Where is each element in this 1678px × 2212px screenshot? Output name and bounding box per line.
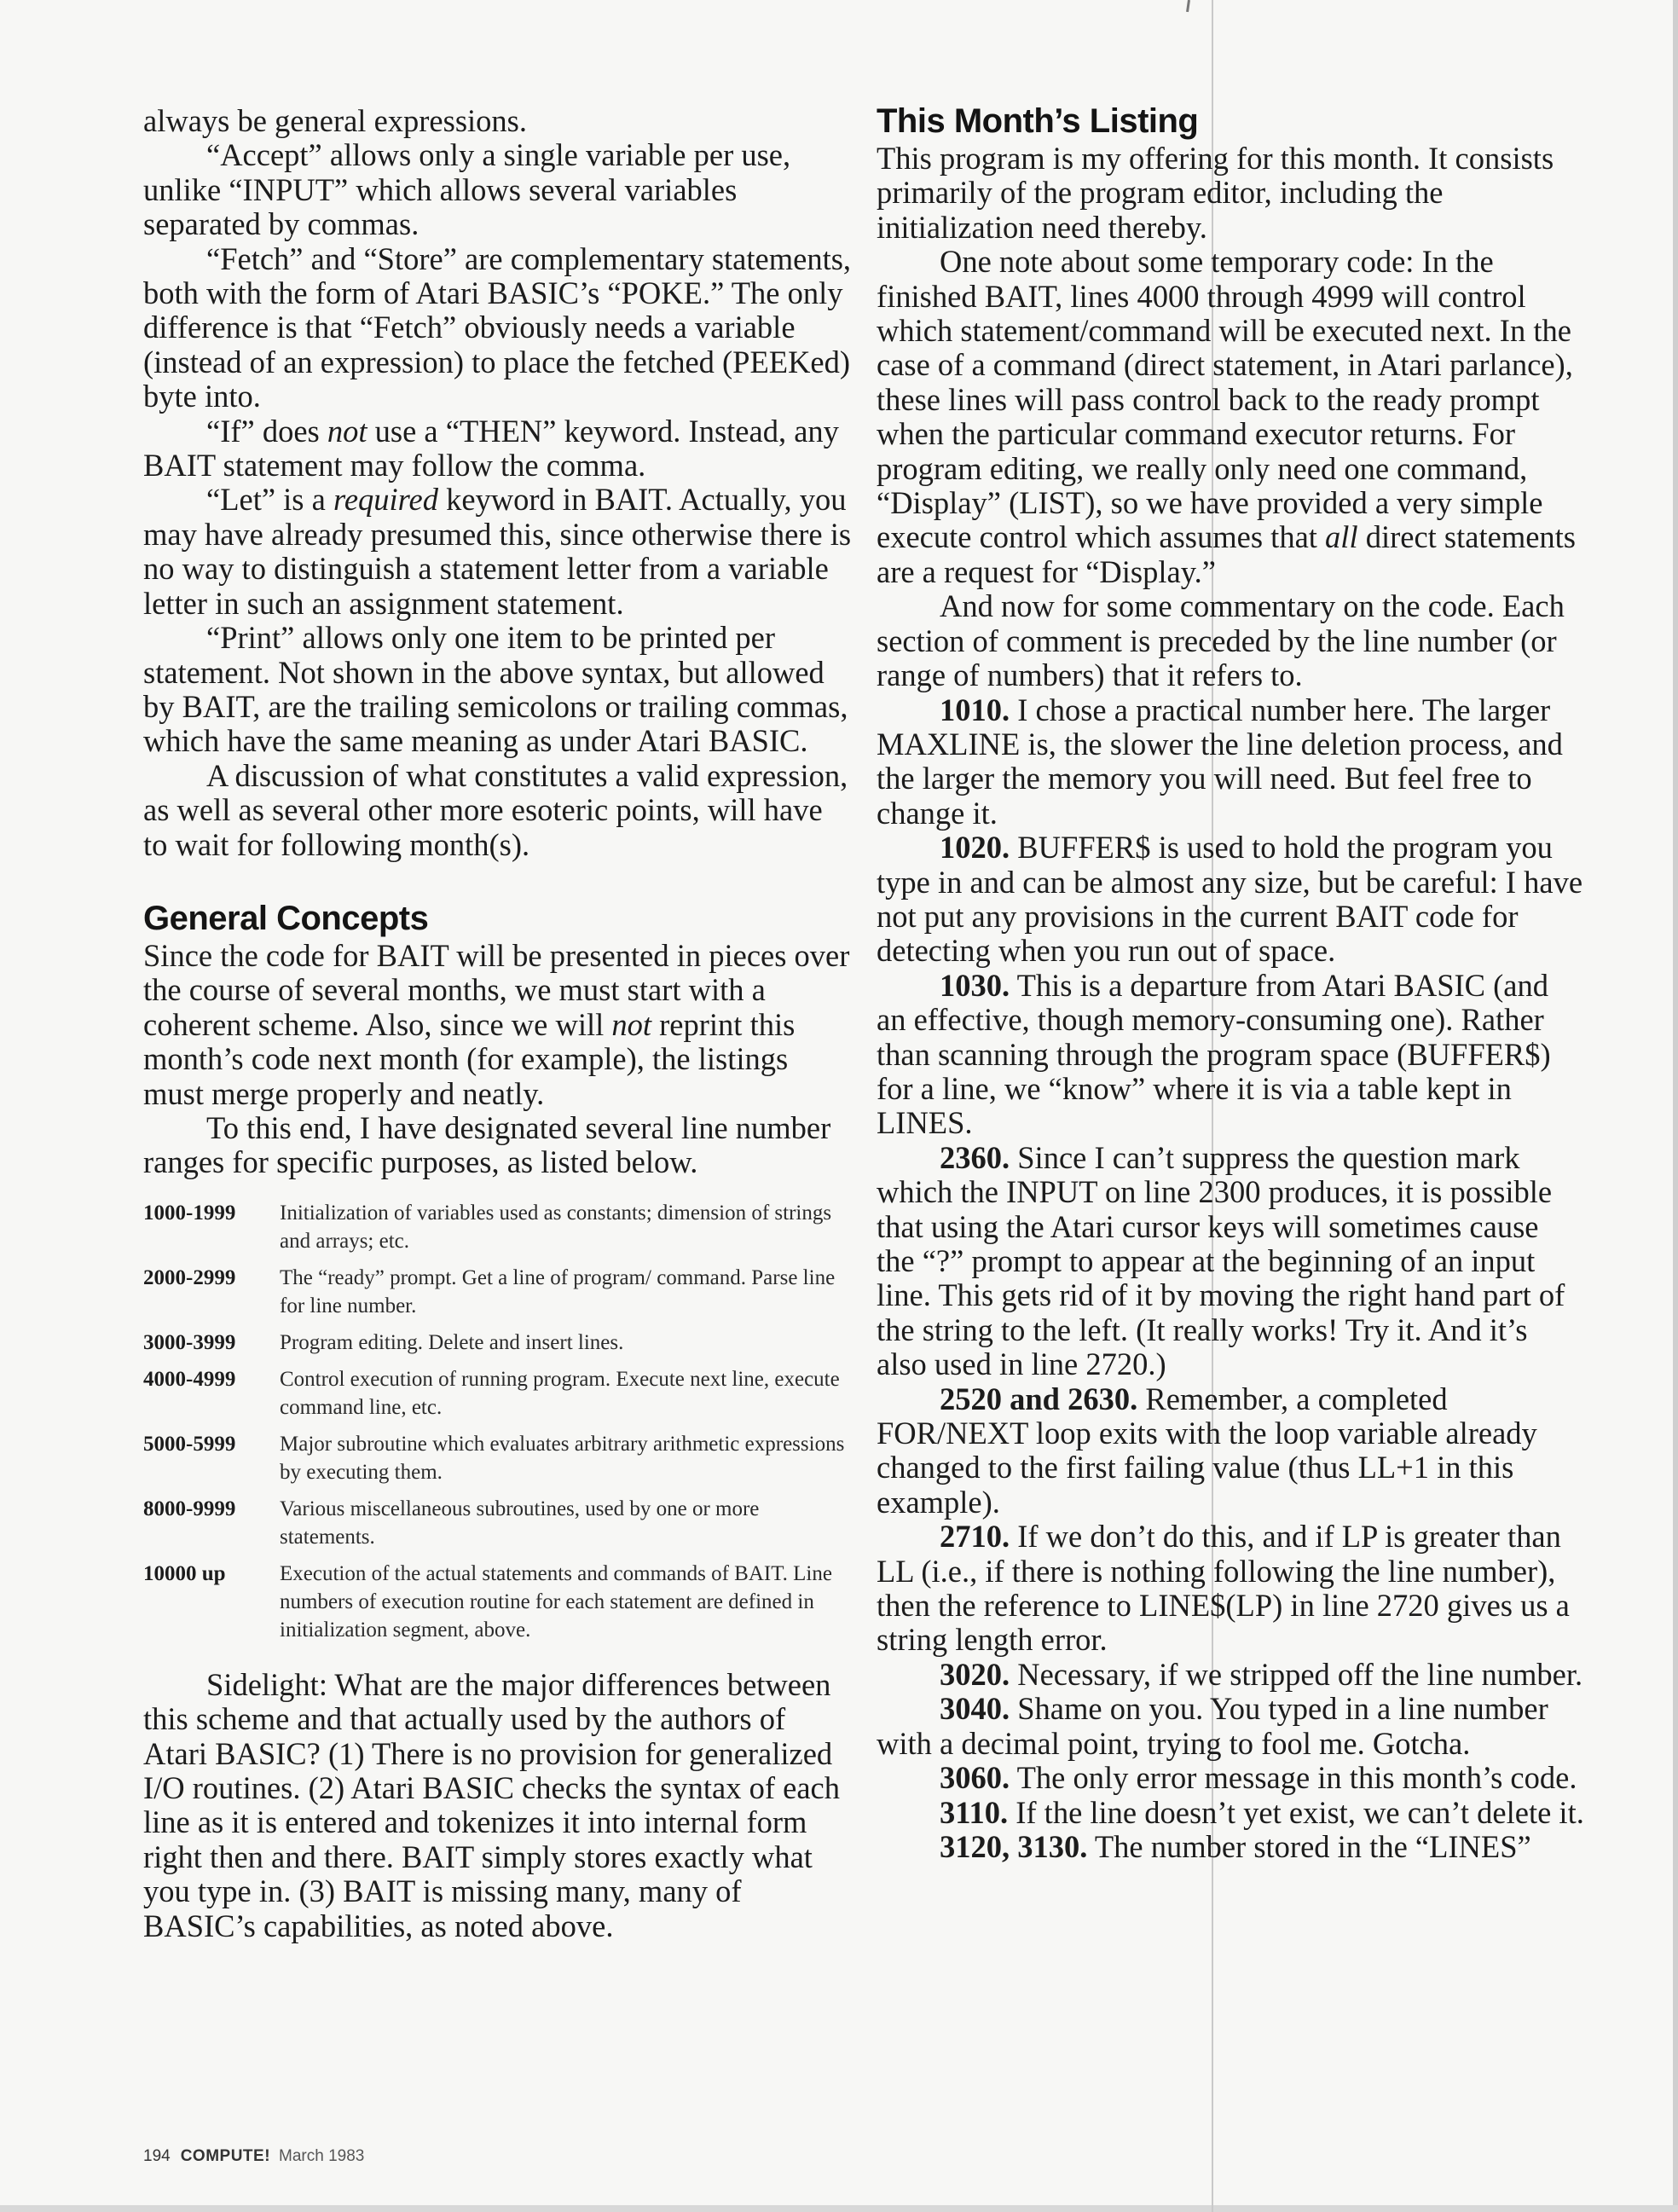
section-heading-this-months-listing: This Month’s Listing xyxy=(877,101,1584,142)
range-description: Initialization of variables used as cons… xyxy=(280,1199,853,1255)
paragraph-if: “If” does not use a “THEN” keyword. Inst… xyxy=(143,414,853,484)
code-note: 3040. Shame on you. You typed in a line … xyxy=(877,1692,1584,1761)
paragraph-general: Since the code for BAIT will be presente… xyxy=(143,939,853,1111)
code-note: 2360. Since I can’t suppress the questio… xyxy=(877,1141,1584,1382)
line-number-ref: 1010. xyxy=(940,692,1010,727)
paragraph: always be general expressions. xyxy=(143,104,853,138)
range-description: Control execution of running program. Ex… xyxy=(280,1365,853,1422)
section-heading-general-concepts: General Concepts xyxy=(143,898,853,939)
range-description: Program editing. Delete and insert lines… xyxy=(280,1329,623,1357)
range-key: 2000-2999 xyxy=(143,1264,280,1320)
code-note: 3020. Necessary, if we stripped off the … xyxy=(877,1658,1584,1692)
line-number-ref: 2710. xyxy=(940,1519,1010,1554)
paragraph-fetch-store: “Fetch” and “Store” are complementary st… xyxy=(143,242,853,414)
page-footer: 194COMPUTE!March 1983 xyxy=(143,2147,364,2166)
range-description: The “ready” prompt. Get a line of progra… xyxy=(280,1264,853,1320)
code-note: 1020. BUFFER$ is used to hold the progra… xyxy=(877,831,1584,969)
line-number-ref: 2360. xyxy=(940,1140,1010,1175)
range-key: 8000-9999 xyxy=(143,1495,280,1551)
paragraph-accept: “Accept” allows only a single variable p… xyxy=(143,138,853,241)
page-number: 194 xyxy=(143,2147,171,2165)
line-number-ref: 1030. xyxy=(940,968,1010,1003)
range-key: 10000 up xyxy=(143,1560,280,1644)
code-note: 1030. This is a departure from Atari BAS… xyxy=(877,969,1584,1141)
paragraph-ranges-intro: To this end, I have designated several l… xyxy=(143,1111,853,1180)
line-number-ref: 3020. xyxy=(940,1657,1010,1692)
range-row: 4000-4999 Control execution of running p… xyxy=(143,1365,853,1422)
code-note: 3110. If the line doesn’t yet exist, we … xyxy=(877,1796,1584,1830)
range-description: Execution of the actual statements and c… xyxy=(280,1560,853,1644)
range-row: 2000-2999 The “ready” prompt. Get a line… xyxy=(143,1264,853,1320)
code-note: 2710. If we don’t do this, and if LP is … xyxy=(877,1520,1584,1658)
paragraph-let: “Let” is a required keyword in BAIT. Act… xyxy=(143,483,853,621)
range-description: Various miscellaneous subroutines, used … xyxy=(280,1495,853,1551)
range-row: 10000 up Execution of the actual stateme… xyxy=(143,1560,853,1644)
range-row: 5000-5999 Major subroutine which evaluat… xyxy=(143,1430,853,1486)
left-column: always be general expressions. “Accept” … xyxy=(143,104,853,1943)
line-number-ref: 3040. xyxy=(940,1691,1010,1726)
range-key: 3000-3999 xyxy=(143,1329,280,1357)
code-note: 1010. I chose a practical number here. T… xyxy=(877,693,1584,831)
right-column: This Month’s Listing This program is my … xyxy=(877,101,1584,1864)
code-note: 3120, 3130. The number stored in the “LI… xyxy=(877,1830,1584,1864)
paragraph-discussion: A discussion of what constitutes a valid… xyxy=(143,759,853,862)
range-row: 8000-9999 Various miscellaneous subrouti… xyxy=(143,1495,853,1551)
range-row: 1000-1999 Initialization of variables us… xyxy=(143,1199,853,1255)
line-number-ref: 3060. xyxy=(940,1760,1010,1795)
issue-date: March 1983 xyxy=(279,2147,364,2165)
line-number-ref: 2520 and 2630. xyxy=(940,1381,1137,1416)
range-key: 1000-1999 xyxy=(143,1199,280,1255)
line-number-ref: 3120, 3130. xyxy=(940,1829,1087,1864)
paragraph-print: “Print” allows only one item to be print… xyxy=(143,621,853,759)
page-edge xyxy=(1673,0,1678,2212)
paragraph-commentary-intro: And now for some commentary on the code.… xyxy=(877,589,1584,692)
range-row: 3000-3999 Program editing. Delete and in… xyxy=(143,1329,853,1357)
range-key: 5000-5999 xyxy=(143,1430,280,1486)
paragraph-temporary-code: One note about some temporary code: In t… xyxy=(877,245,1584,589)
scan-speck xyxy=(1186,0,1190,12)
code-note: 2520 and 2630. Remember, a completed FOR… xyxy=(877,1382,1584,1520)
line-number-ref: 1020. xyxy=(940,830,1010,865)
line-number-ref: 3110. xyxy=(940,1795,1008,1830)
range-key: 4000-4999 xyxy=(143,1365,280,1422)
magazine-name: COMPUTE! xyxy=(181,2147,270,2165)
line-range-table: 1000-1999 Initialization of variables us… xyxy=(143,1199,853,1644)
paragraph-sidelight: Sidelight: What are the major difference… xyxy=(143,1668,853,1943)
code-note: 3060. The only error message in this mon… xyxy=(877,1761,1584,1795)
range-description: Major subroutine which evaluates arbitra… xyxy=(280,1430,853,1486)
paragraph-intro: This program is my offering for this mon… xyxy=(877,142,1584,245)
page-edge xyxy=(0,2205,1678,2212)
